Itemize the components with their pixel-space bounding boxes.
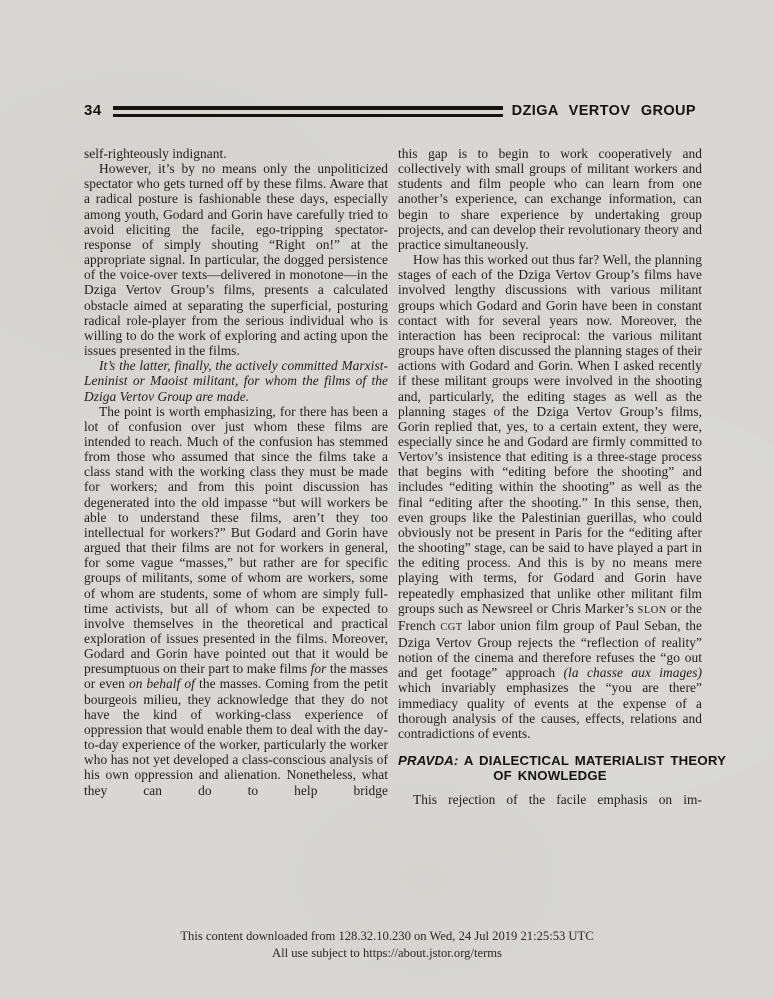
paragraph: How has this worked out thus far? Well, … xyxy=(398,252,702,741)
text-run: It’s the latter, finally, the actively c… xyxy=(84,358,388,403)
section-heading-line2: OF KNOWLEDGE xyxy=(398,768,702,783)
italic-text: PRAVDA: xyxy=(398,753,459,768)
right-column-text: this gap is to begin to work cooperative… xyxy=(398,146,702,741)
section-heading-line1: PRAVDA: A DIALECTICAL MATERIALIST THEORY xyxy=(398,753,702,768)
text-run: this gap is to begin to work cooperative… xyxy=(398,146,702,252)
text-run: the masses. Coming from the petit bourge… xyxy=(84,676,388,797)
italic-text: on behalf of xyxy=(129,676,195,691)
left-column: self-righteously indignant.However, it’s… xyxy=(84,146,388,807)
smallcaps-text: CGT xyxy=(440,622,462,633)
header-double-rule xyxy=(113,106,503,117)
paragraph: The point is worth emphasizing, for ther… xyxy=(84,404,388,798)
jstor-footer: This content downloaded from 128.32.10.2… xyxy=(0,928,774,962)
page-number: 34 xyxy=(84,102,102,119)
scanned-page: 34 DZIGA VERTOV GROUP self-righteously i… xyxy=(0,0,774,999)
paragraph: This rejection of the facile emphasis on… xyxy=(398,792,702,807)
paragraph: this gap is to begin to work cooperative… xyxy=(398,146,702,252)
section-heading: PRAVDA: A DIALECTICAL MATERIALIST THEORY… xyxy=(398,753,702,783)
paragraph: It’s the latter, finally, the actively c… xyxy=(84,358,388,403)
download-info-line: This content downloaded from 128.32.10.2… xyxy=(0,928,774,945)
paragraph: However, it’s by no means only the unpol… xyxy=(84,161,388,358)
text-run: self-righteously indignant. xyxy=(84,146,227,161)
italic-text: for xyxy=(311,661,327,676)
text-run: This rejection of the facile emphasis on… xyxy=(413,792,702,807)
article-body: self-righteously indignant.However, it’s… xyxy=(84,146,702,807)
right-column: this gap is to begin to work cooperative… xyxy=(398,146,702,807)
italic-text: (la chasse aux images) xyxy=(564,665,702,680)
page-header: 34 DZIGA VERTOV GROUP xyxy=(84,102,696,119)
paragraph: self-righteously indignant. xyxy=(84,146,388,161)
text-run: which invariably emphasizes the “you are… xyxy=(398,680,702,740)
after-heading-text: This rejection of the facile emphasis on… xyxy=(398,792,702,807)
text-run: How has this worked out thus far? Well, … xyxy=(398,252,702,616)
text-run: A DIALECTICAL MATERIALIST THEORY xyxy=(459,753,727,768)
terms-info-line: All use subject to https://about.jstor.o… xyxy=(0,945,774,962)
smallcaps-text: SLON xyxy=(638,605,667,616)
text-run: The point is worth emphasizing, for ther… xyxy=(84,404,388,677)
running-title: DZIGA VERTOV GROUP xyxy=(512,103,696,119)
text-run: However, it’s by no means only the unpol… xyxy=(84,161,388,358)
